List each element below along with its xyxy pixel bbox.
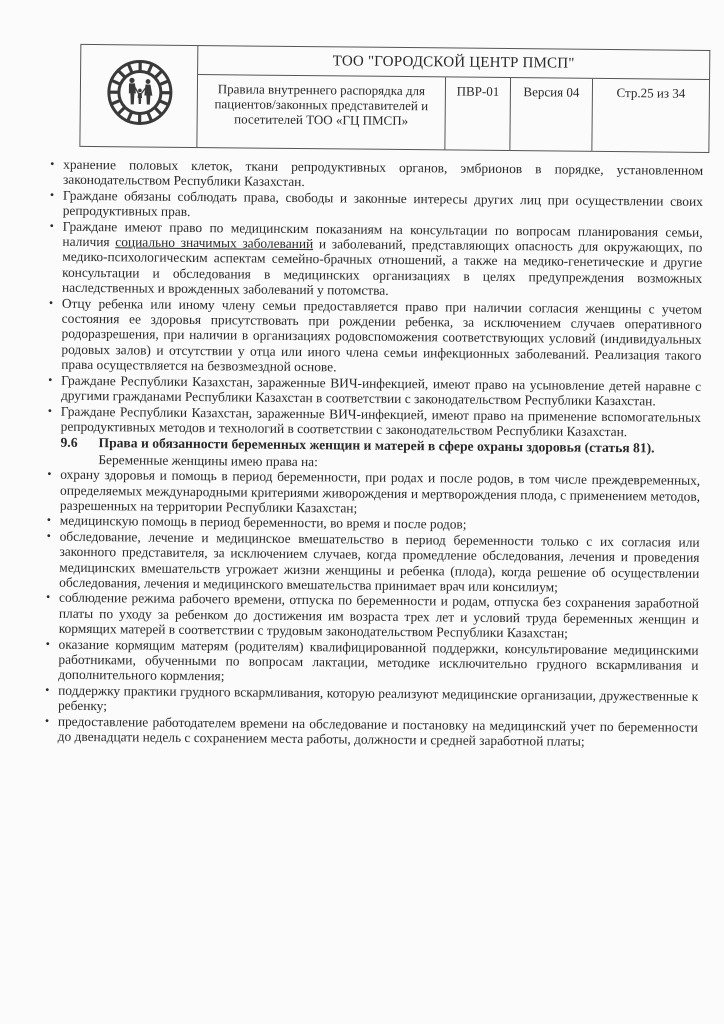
list-item: •оказание кормящим матерям (родителям) к…: [58, 636, 698, 688]
bullet-icon: •: [50, 218, 54, 233]
document-page: ТОО "ГОРОДСКОЙ ЦЕНТР ПМСП" Правила внутр…: [0, 0, 724, 1024]
bullet-icon: •: [47, 513, 51, 528]
family-in-ring-logo-icon: [107, 59, 174, 126]
document-code: ПВР-01: [445, 77, 511, 150]
social-diseases-link[interactable]: социально значимых заболеваний: [115, 234, 313, 251]
logo-cell: [80, 45, 198, 147]
list-item: •обследование, лечение и медицинское вме…: [59, 528, 700, 596]
bullet-icon: •: [46, 636, 50, 651]
bullet-icon: •: [45, 713, 49, 728]
bullet-icon: •: [48, 403, 52, 418]
document-body: •хранение половых клеток, ткани репродук…: [58, 157, 704, 751]
bullet-icon: •: [49, 295, 53, 310]
bullet-icon: •: [47, 467, 51, 482]
page-number: Стр.25 из 34: [592, 79, 709, 152]
document-version: Версия 04: [510, 78, 593, 151]
document-title: Правила внутреннего распорядка для пацие…: [197, 75, 446, 149]
list-item: •соблюдение режима рабочего времени, отп…: [59, 590, 699, 642]
list-item: •предоставление работодателем времени на…: [58, 713, 698, 750]
list-item: •охрану здоровья и помощь в период берем…: [60, 467, 700, 519]
document-header-table: ТОО "ГОРОДСКОЙ ЦЕНТР ПМСП" Правила внутр…: [79, 44, 710, 153]
section-number: 9.6: [60, 435, 98, 451]
list-item: •Граждане имеют право по медицинским пок…: [62, 218, 703, 301]
header-info-row: Правила внутреннего распорядка для пацие…: [197, 75, 709, 152]
bullet-icon: •: [46, 590, 50, 605]
bullet-icon: •: [50, 187, 54, 202]
bullet-icon: •: [45, 682, 49, 697]
bullet-icon: •: [48, 372, 52, 387]
bullet-icon: •: [50, 157, 54, 172]
pregnant-women-rights-list: •охрану здоровья и помощь в период берем…: [58, 467, 701, 750]
bullet-icon: •: [47, 528, 51, 543]
reproductive-rights-list: •хранение половых клеток, ткани репродук…: [61, 157, 704, 440]
list-item: •Граждане Республики Казахстан, зараженн…: [61, 403, 701, 440]
list-item: •Отцу ребенка или иному члену семьи пред…: [61, 295, 702, 378]
